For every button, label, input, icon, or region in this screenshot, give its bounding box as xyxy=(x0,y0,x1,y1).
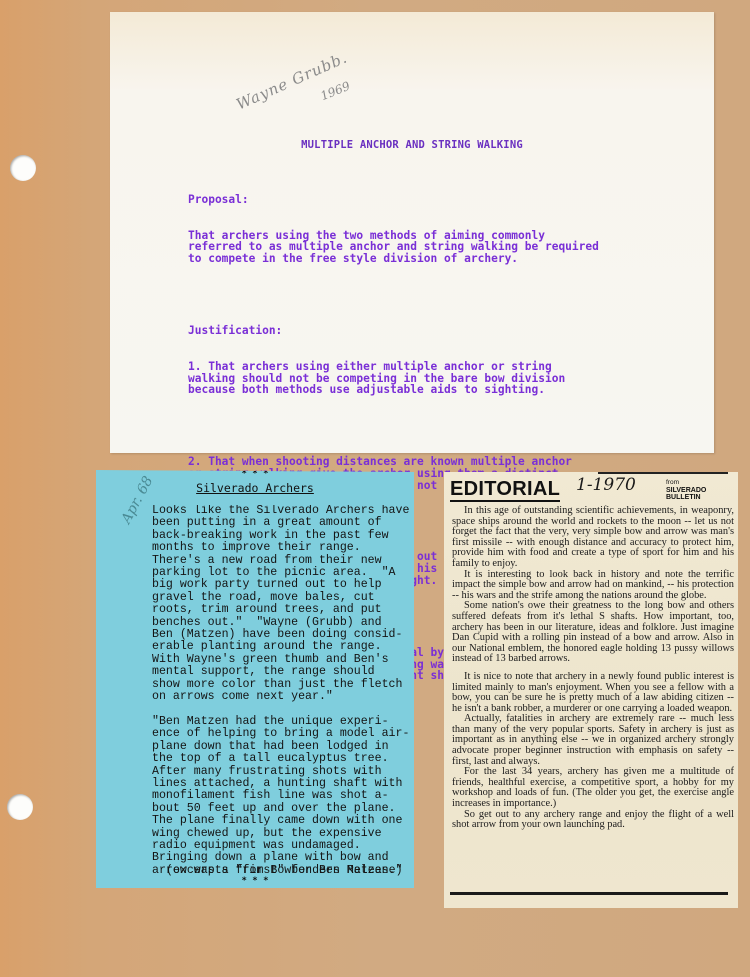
clipping-paragraph-1: Looks like the Silverado Archers have be… xyxy=(152,505,409,703)
editorial-clipping: EDITORIAL 1-1970 from SILVERADO BULLETIN… xyxy=(444,472,738,908)
editorial-paragraph: In this age of outstanding scientific ac… xyxy=(452,506,734,570)
source-from: from xyxy=(666,479,706,487)
punch-hole-top xyxy=(10,155,36,181)
handwritten-author: Wayne Grubb. xyxy=(234,48,351,113)
top-rule xyxy=(598,472,728,474)
handwritten-year: 1969 xyxy=(318,79,352,103)
bottom-rule xyxy=(450,892,728,895)
document-title: MULTIPLE ANCHOR AND STRING WALKING xyxy=(110,139,714,151)
editorial-body: In this age of outstanding scientific ac… xyxy=(452,506,734,831)
editorial-paragraph: It is interesting to look back in histor… xyxy=(452,570,734,602)
clipping-paragraph-2: "Ben Matzen had the unique experi- ence … xyxy=(152,715,409,877)
editorial-paragraph: Some nation's owe their greatness to the… xyxy=(452,601,734,665)
justification-point-1: 1. That archers using either multiple an… xyxy=(188,361,708,397)
proposal-heading: Proposal: xyxy=(188,194,708,206)
editorial-paragraph: For the last 34 years, archery has given… xyxy=(452,767,734,809)
editorial-source: from SILVERADO BULLETIN xyxy=(666,479,706,502)
editorial-paragraph: Actually, fatalities in archery are extr… xyxy=(452,714,734,767)
proposal-text: That archers using the two methods of ai… xyxy=(188,230,708,266)
source-line-2: BULLETIN xyxy=(666,494,706,502)
editorial-paragraph: So get out to any archery range and enjo… xyxy=(452,810,734,831)
silverado-archers-clipping: * * * Silverado Archers Apr. 68 Looks li… xyxy=(96,468,414,888)
editorial-masthead: EDITORIAL xyxy=(450,479,560,502)
stars-divider-bottom: * * * xyxy=(96,876,414,886)
typed-proposal-sheet: Wayne Grubb. 1969 MULTIPLE ANCHOR AND ST… xyxy=(110,12,714,453)
justification-heading: Justification: xyxy=(188,325,708,337)
handwritten-date: 1-1970 xyxy=(576,475,636,495)
source-line-1: SILVERADO xyxy=(666,487,706,495)
punch-hole-bottom xyxy=(7,794,33,820)
clipping-body: Looks like the Silverado Archers have be… xyxy=(152,505,414,877)
editorial-paragraph: It is nice to note that archery in a new… xyxy=(452,672,734,714)
